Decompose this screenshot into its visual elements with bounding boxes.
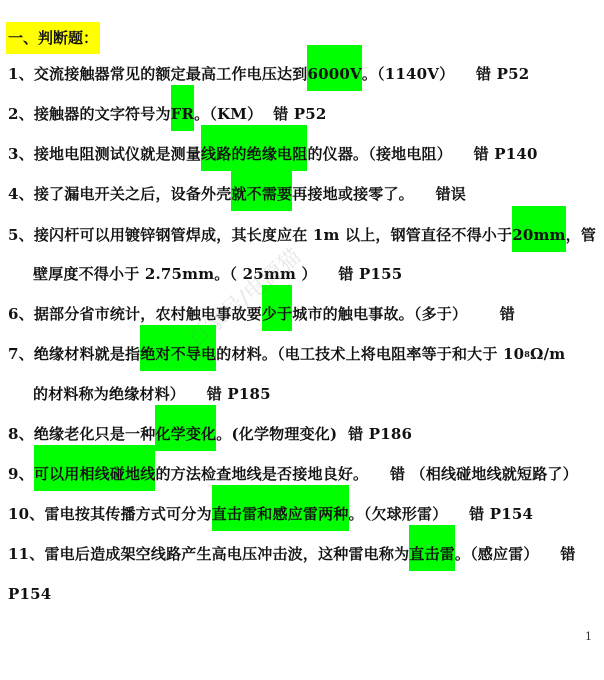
verdict: 错	[560, 545, 575, 563]
verdict: 错	[500, 305, 515, 323]
highlight: 直击雷和感应雷两种	[212, 485, 349, 531]
question-7-continued: 的材料称为绝缘材料） 错 P185	[33, 384, 271, 404]
verdict: 错 P140	[474, 145, 538, 163]
highlight: 就不需要	[231, 165, 292, 211]
verdict: 错 P52	[476, 65, 529, 83]
question-1: 1、交流接触器常见的额定最高工作电压达到6000V。（1140V） 错 P52	[8, 64, 529, 84]
question-11-continued: P154	[8, 584, 51, 604]
highlight: 6000V	[307, 45, 361, 91]
highlight: 化学变化	[155, 405, 216, 451]
question-7: 7、绝缘材料就是指绝对不导电的材料。（电工技术上将电阻率等于和大于 108Ω/m	[8, 344, 565, 364]
verdict: 错 P52	[273, 105, 326, 123]
highlight: FR	[171, 85, 195, 131]
page-number: 1	[585, 630, 592, 643]
question-2: 2、接触器的文字符号为FR。（KM） 错 P52	[8, 104, 327, 124]
verdict: 错 P155	[338, 265, 402, 283]
section-title: 一、判断题：	[6, 22, 100, 54]
question-4: 4、接了漏电开关之后，设备外壳就不需要再接地或接零了。 错误	[8, 184, 466, 204]
highlight: 20mm	[512, 206, 565, 252]
question-8: 8、绝缘老化只是一种化学变化。(化学物理变化) 错 P186	[8, 424, 412, 444]
question-9: 9、可以用相线碰地线的方法检查地线是否接地良好。 错 （相线碰地线就短路了）	[8, 464, 578, 484]
question-5-continued: 壁厚度不得小于 2.75mm。（ 25mm ） 错 P155	[33, 264, 402, 284]
verdict: 错 （相线碰地线就短路了）	[390, 465, 578, 483]
verdict: 错 P185	[207, 385, 271, 403]
highlight: 可以用相线碰地线	[34, 445, 156, 491]
verdict: 错误	[436, 185, 466, 203]
verdict: 错 P154	[469, 505, 533, 523]
highlight: 直击雷	[409, 525, 455, 571]
question-3: 3、接地电阻测试仪就是测量线路的绝缘电阻的仪器。（接地电阻） 错 P140	[8, 144, 538, 164]
question-6: 6、据部分省市统计，农村触电事故要少于城市的触电事故。（多于） 错	[8, 304, 515, 324]
verdict: 错 P186	[348, 425, 412, 443]
question-11: 11、雷电后造成架空线路产生高电压冲击波，这种雷电称为直击雷。（感应雷） 错	[8, 544, 576, 564]
question-5: 5、接闪杆可以用镀锌钢管焊成，其长度应在 1m 以上，钢管直径不得小于20mm，…	[8, 225, 596, 245]
question-10: 10、雷电按其传播方式可分为直击雷和感应雷两种。（欠球形雷） 错 P154	[8, 504, 533, 524]
